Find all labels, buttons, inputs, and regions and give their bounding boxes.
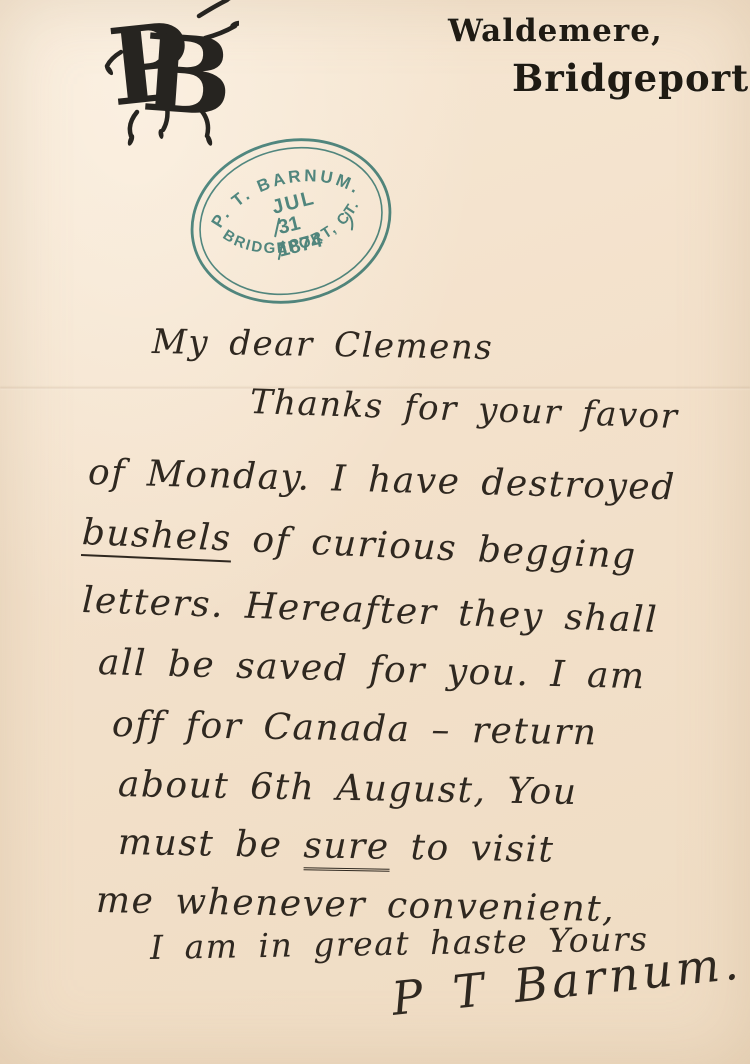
letter-line: bushels of curious begging	[81, 512, 637, 577]
letter-line: all be saved for you. I am	[97, 642, 646, 697]
letter-line-segment: of curious begging	[231, 519, 638, 578]
letter-line-segment: to visit	[389, 827, 555, 871]
underlined-word: bushels	[81, 512, 232, 562]
monogram-letters: P B	[103, 0, 236, 140]
ptb-monogram-icon: P B	[103, 0, 239, 154]
letter-page: P B Waldemere, Bridgeport. Ct.. P. T. BA…	[0, 0, 750, 1064]
letterhead-estate-name: Waldemere,	[448, 13, 663, 49]
underlined-word: sure	[303, 825, 390, 871]
monogram-letter-b: B	[138, 9, 236, 140]
salutation: My dear Clemens	[152, 322, 494, 368]
letter-line: Thanks for your favor	[249, 382, 679, 437]
letter-line: letters. Hereafter they shall	[81, 580, 659, 641]
letter-line: about 6th August, You	[118, 764, 578, 813]
letter-line: must be sure to visit	[118, 822, 555, 871]
letterhead-city: Bridgeport. Ct..	[512, 56, 750, 100]
letter-line: of Monday. I have destroyed	[87, 452, 676, 508]
letter-line-segment: must be	[118, 822, 304, 866]
letter-line: off for Canada – return	[112, 704, 598, 753]
